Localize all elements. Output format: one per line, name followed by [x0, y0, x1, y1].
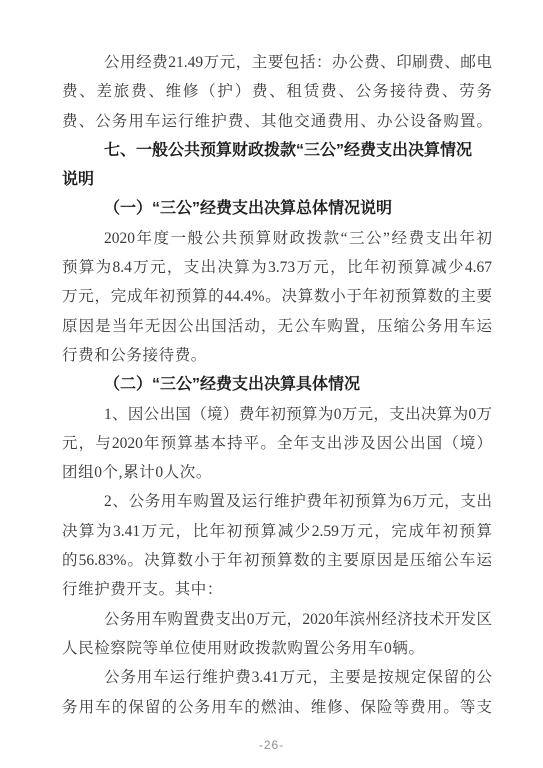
text-line: 费、公务用车运行维护费、其他交通费用、办公设备购置。 [62, 107, 492, 136]
text-line: 团组0个,累计0人次。 [62, 458, 492, 487]
text-line: 1、因公出国（境）费年初预算为0万元，支出决算为0万 [62, 400, 492, 429]
text-line: 万元，完成年初预算的44.4%。决算数小于年初预算数的主要 [62, 282, 492, 311]
section-heading-line: 七、一般公共预算财政拨款“三公”经费支出决算情况 [62, 136, 492, 165]
text-line: 公务用车运行维护费3.41万元，主要是按规定保留的公 [62, 663, 492, 692]
section-heading-line: （二）“三公”经费支出决算具体情况 [62, 370, 492, 399]
text-line: 公用经费21.49万元，主要包括：办公费、印刷费、邮电 [62, 48, 492, 77]
text-line: 原因是当年无因公出国活动，无公车购置，压缩公务用车运 [62, 312, 492, 341]
section-heading-line: （一）“三公”经费支出决算总体情况说明 [62, 194, 492, 223]
text-line: 的56.83%。决算数小于年初预算数的主要原因是压缩公车运 [62, 546, 492, 575]
page-number: -26- [0, 736, 543, 754]
text-line: 人民检察院等单位使用财政拨款购置公务用车0辆。 [62, 634, 492, 663]
text-line: 务用车的保留的公务用车的燃油、维修、保险等费用。等支 [62, 693, 492, 722]
section-heading-line: 说明 [62, 165, 492, 194]
text-line: 行维护费开支。其中： [62, 575, 492, 604]
text-line: 行费和公务接待费。 [62, 341, 492, 370]
text-line: 2、公务用车购置及运行维护费年初预算为6万元，支出 [62, 487, 492, 516]
document-body: 公用经费21.49万元，主要包括：办公费、印刷费、邮电费、差旅费、维修（护）费、… [62, 48, 492, 722]
text-line: 预算为8.4万元，支出决算为3.73万元，比年初预算减少4.67 [62, 253, 492, 282]
text-line: 2020年度一般公共预算财政拨款“三公”经费支出年初 [62, 224, 492, 253]
text-line: 决算为3.41万元，比年初预算减少2.59万元，完成年初预算 [62, 517, 492, 546]
text-line: 元，与2020年预算基本持平。全年支出涉及因公出国（境） [62, 429, 492, 458]
document-page: 公用经费21.49万元，主要包括：办公费、印刷费、邮电费、差旅费、维修（护）费、… [0, 0, 543, 768]
text-line: 公务用车购置费支出0万元，2020年滨州经济技术开发区 [62, 605, 492, 634]
text-line: 费、差旅费、维修（护）费、租赁费、公务接待费、劳务 [62, 77, 492, 106]
